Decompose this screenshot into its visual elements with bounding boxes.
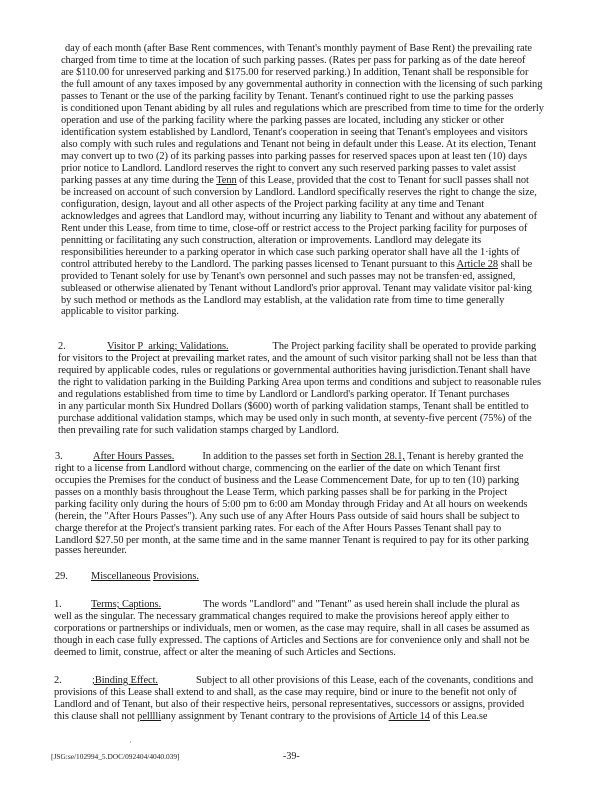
paragraph-line: operation and use of the parking facilit… — [61, 115, 504, 127]
paragraph-line: corporations or partnerships or individu… — [54, 623, 530, 635]
section-number: 1. — [54, 599, 91, 611]
paragraph-line: subleased or otherwise alienated by Tena… — [61, 283, 532, 295]
paragraph-line: for visitors to the Project at prevailin… — [58, 353, 537, 365]
section-heading-line: 3.After Hours Passes.In addition to the … — [55, 451, 523, 463]
paragraph-line: in any particular month Six Hundred Doll… — [58, 401, 529, 413]
paragraph-line: the right to validation parking in the B… — [58, 377, 541, 389]
paragraph-line: responsibilities hereunder to a parking … — [61, 247, 520, 259]
section-number: 3. — [55, 451, 93, 463]
paragraph-line: (herein, the "After Hours Passes"). Any … — [55, 511, 520, 523]
paragraph-line: passes to Tenant or the use of the parki… — [61, 91, 513, 103]
paragraph-line: be increased on account of such conversi… — [61, 187, 537, 199]
paragraph-line: prior notice to Landlord. Landlord reser… — [61, 163, 516, 175]
paragraph-line: parking passes at any time during the Te… — [61, 175, 529, 187]
section-28-1-link[interactable]: Section 28.1, — [351, 451, 405, 462]
section-heading: Visitor P_arking; Validations. — [107, 341, 229, 352]
paragraph-line: provisions of this Lease shall extend to… — [54, 687, 517, 699]
paragraph-line: charged from time to time at the locatio… — [61, 55, 525, 67]
paragraph-line: this clause shall not pelllliany assignm… — [54, 711, 487, 723]
scan-speck — [130, 741, 131, 743]
article-14-link[interactable]: Article 14 — [389, 711, 430, 722]
paragraph-line: configuration, design, layout and all ot… — [61, 199, 484, 211]
paragraph-line: passes hereunder. — [55, 545, 127, 557]
paragraph-line: purchase additional validation stamps, w… — [58, 413, 532, 425]
section-heading: ;Binding Effect. — [92, 675, 158, 686]
paragraph-line: control attributed hereby to the Landlor… — [61, 259, 532, 271]
paragraph-line: provided to Tenant solely for use by Ten… — [61, 271, 515, 283]
document-page: day of each month (after Base Rent comme… — [0, 0, 612, 800]
paragraph-line: applicable to visitor parking. — [61, 306, 179, 318]
paragraph-line: also comply with such rules and regulati… — [61, 139, 536, 151]
section-number: 2. — [58, 341, 107, 353]
paragraph-line: occupies the Premises for the conduct of… — [55, 475, 519, 487]
section-heading-line: 1.Terms; Captions.The words "Landlord" a… — [54, 599, 520, 611]
paragraph-line: are $110.00 for unreserved parking and $… — [61, 67, 528, 79]
footer-page-number: -39- — [283, 751, 300, 763]
paragraph-line: may convert up to two (2) of its parking… — [61, 151, 527, 163]
paragraph-line: Rent under this Lease, from time to time… — [61, 223, 527, 235]
paragraph-line: parking facility only during the hours o… — [55, 499, 527, 511]
section-number: 2. — [54, 675, 92, 687]
paragraph-line: well as the singular. The necessary gram… — [54, 611, 509, 623]
paragraph-line: passes on a monthly basis throughout the… — [55, 487, 507, 499]
paragraph-line: deemed to limit, construe, affect or alt… — [54, 647, 396, 659]
paragraph-line: acknowledges and agrees that Landlord ma… — [61, 211, 537, 223]
article-28-link[interactable]: Article 28 — [457, 259, 498, 270]
term-reference-link[interactable]: Tenn — [216, 175, 236, 186]
paragraph-line: is conditioned upon Tenant abiding by al… — [61, 103, 544, 115]
paragraph-line: and regulations established from time to… — [58, 389, 509, 401]
paragraph-line: then prevailing rate for such validation… — [58, 425, 339, 437]
paragraph-line: pennitting or facilitating any such cons… — [61, 235, 481, 247]
paragraph-line: day of each month (after Base Rent comme… — [65, 43, 532, 55]
paragraph-line: though in each case fully expressed. The… — [54, 635, 529, 647]
section-heading: After Hours Passes. — [93, 451, 174, 462]
article-heading: 29.Miscellaneous Provisions. — [55, 571, 199, 583]
footer-document-id: [JSG:se/102994_5.DOC/092404/4040.039] — [51, 752, 180, 762]
paragraph-line: the full amount of any taxes imposed by … — [61, 79, 542, 91]
section-heading-line: 2.;Binding Effect.Subject to all other p… — [54, 675, 533, 687]
section-heading: Terms; Captions. — [91, 599, 161, 610]
paragraph-line: right to a license from Landlord without… — [55, 463, 500, 475]
paragraph-line: charge therefor at the Project's transie… — [55, 523, 501, 535]
section-heading-line: 2.Visitor P_arking; Validations.The Proj… — [58, 341, 536, 353]
permit-word: pelllli — [137, 711, 161, 722]
article-number: 29. — [55, 571, 91, 583]
paragraph-line: Landlord and of Tenant, but also of thei… — [54, 699, 524, 711]
paragraph-line: identification system established by Lan… — [61, 127, 528, 139]
paragraph-line: required by applicable codes, rules or r… — [58, 365, 530, 377]
